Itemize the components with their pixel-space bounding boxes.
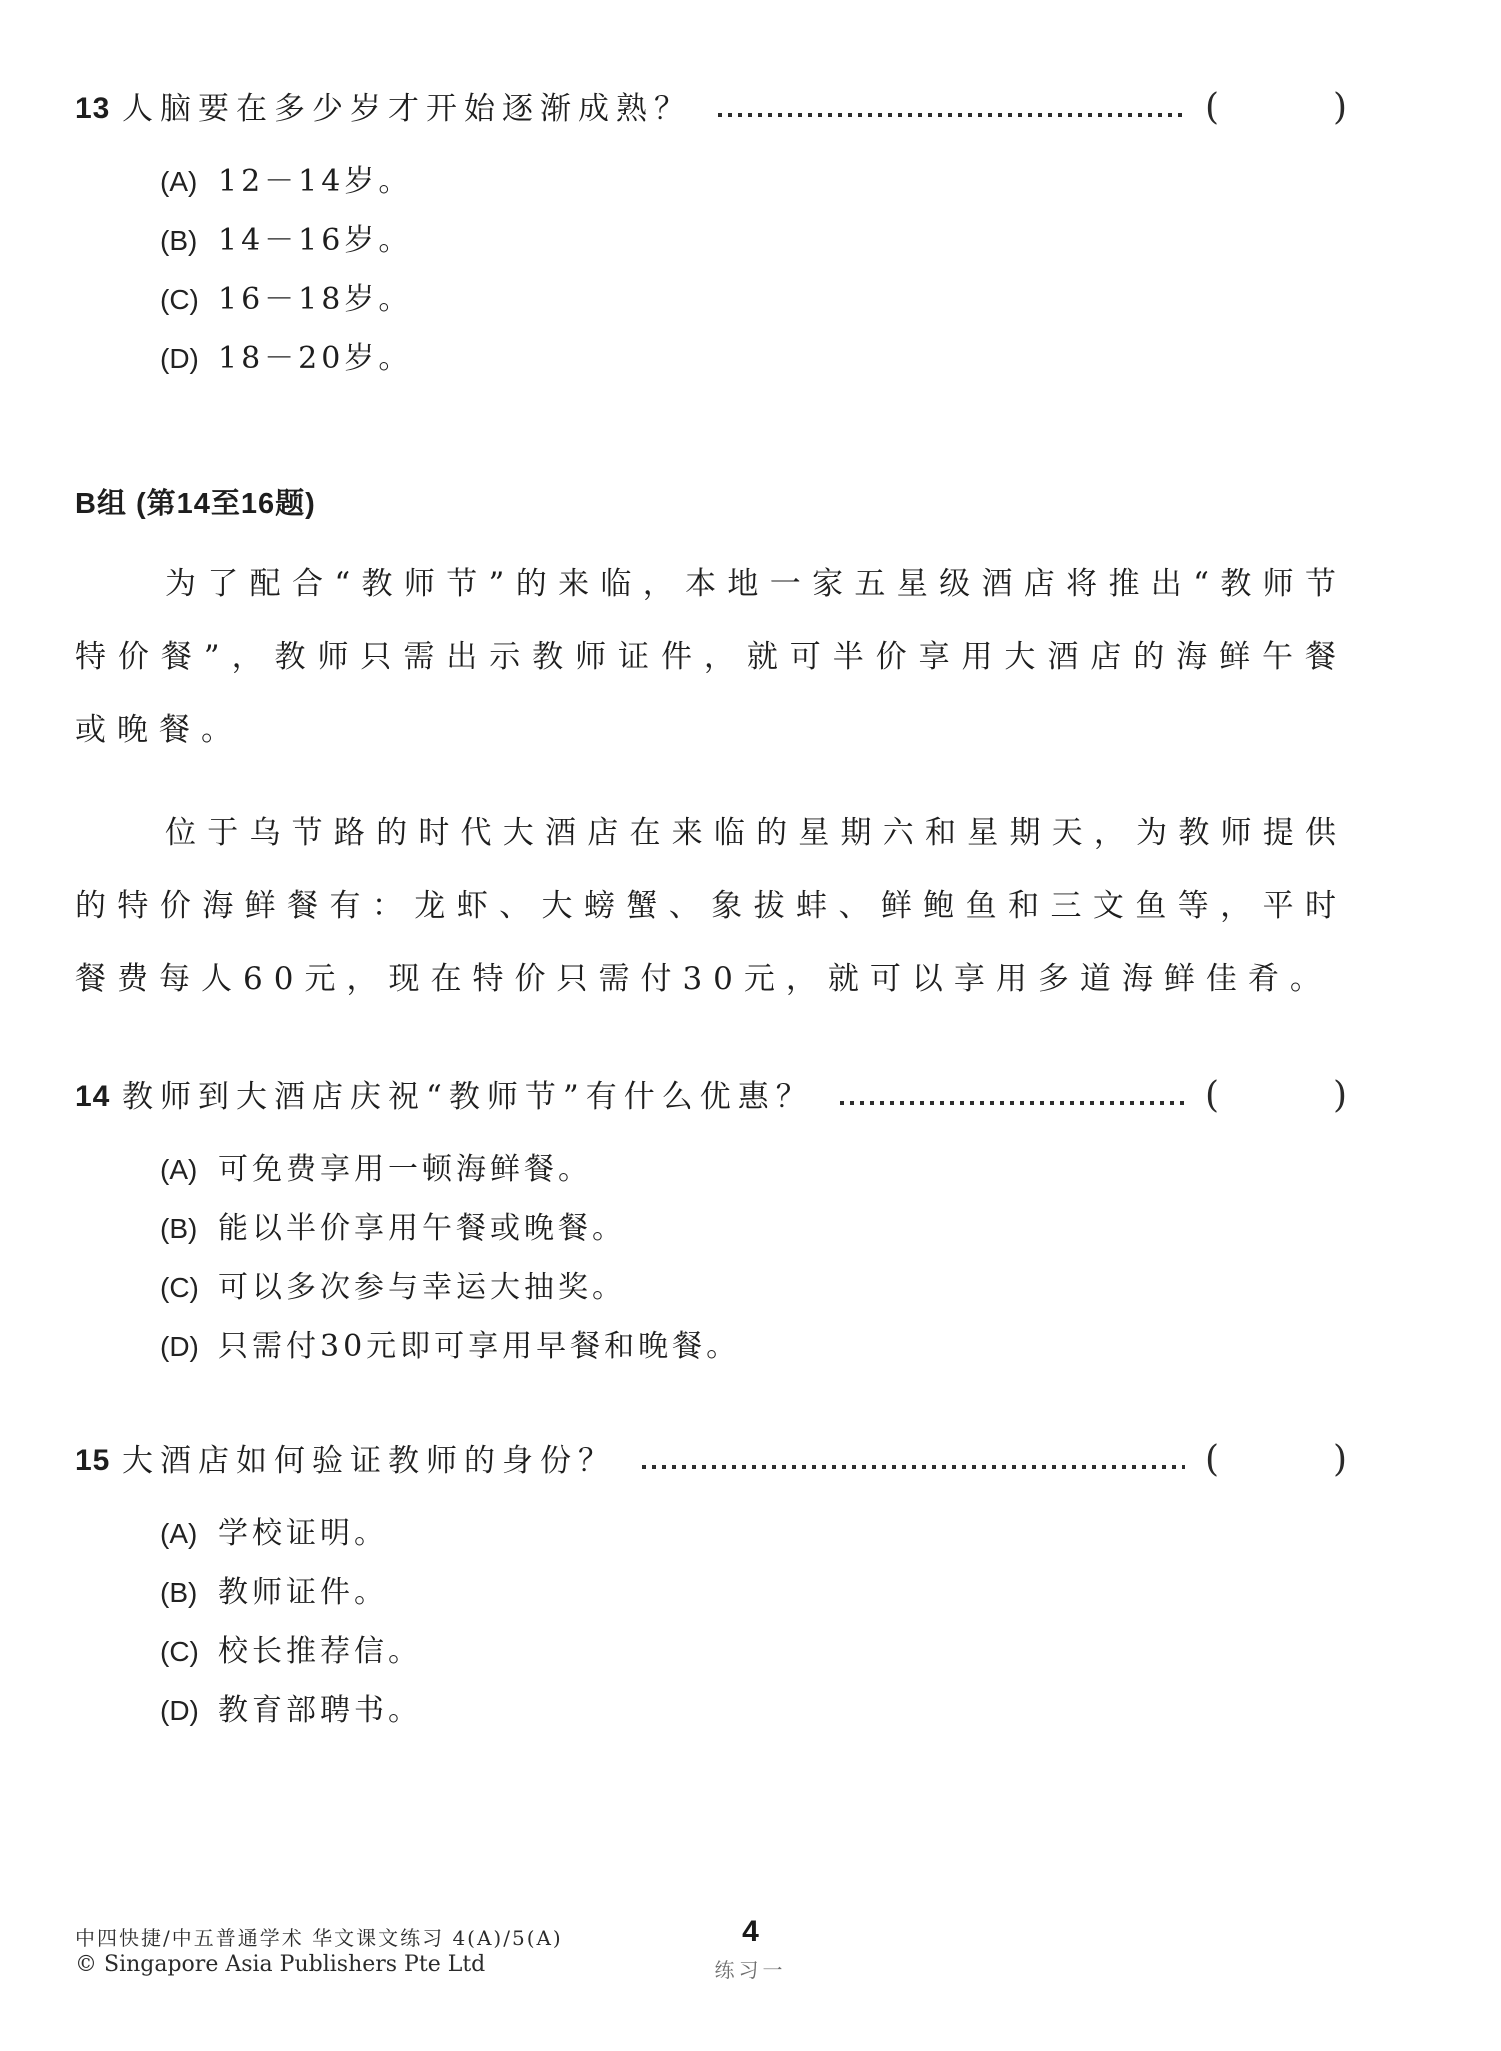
- passage-paragraph: 位于乌节路的时代大酒店在来临的星期六和星期天，为教师提供的特价海鲜餐有：龙虾、大…: [75, 797, 1347, 1016]
- question-13-row: 13 人脑要在多少岁才开始逐渐成熟？ ( ): [75, 86, 1347, 130]
- option-row: (D) 只需付30元即可享用早餐和晚餐。: [160, 1321, 1347, 1380]
- option-row: (C) 可以多次参与幸运大抽奖。: [160, 1262, 1347, 1321]
- option-text: 12－14岁。: [218, 156, 412, 200]
- question-13: 13 人脑要在多少岁才开始逐渐成熟？ ( ) (A) 12－14岁。 (B) 1…: [75, 86, 1347, 392]
- answer-brackets: ( ): [1205, 86, 1347, 130]
- page-content: 13 人脑要在多少岁才开始逐渐成熟？ ( ) (A) 12－14岁。 (B) 1…: [75, 86, 1347, 1744]
- exam-page: 13 人脑要在多少岁才开始逐渐成熟？ ( ) (A) 12－14岁。 (B) 1…: [0, 0, 1501, 2051]
- question-text: 人脑要在多少岁才开始逐渐成熟？: [122, 88, 692, 130]
- option-row: (B) 14－16岁。: [160, 215, 1347, 274]
- question-15-row: 15 大酒店如何验证教师的身份？ ( ): [75, 1438, 1347, 1482]
- option-label: (B): [160, 1577, 218, 1609]
- option-text: 可免费享用一顿海鲜餐。: [218, 1144, 592, 1188]
- answer-brackets: ( ): [1205, 1438, 1347, 1482]
- option-row: (D) 教育部聘书。: [160, 1685, 1347, 1744]
- question-13-options: (A) 12－14岁。 (B) 14－16岁。 (C) 16－18岁。 (D) …: [160, 156, 1347, 392]
- option-text: 教育部聘书。: [218, 1685, 422, 1729]
- close-paren: ): [1333, 86, 1347, 130]
- option-text: 18－20岁。: [218, 333, 412, 377]
- question-15-options: (A) 学校证明。 (B) 教师证件。 (C) 校长推荐信。 (D) 教育部聘书…: [160, 1508, 1347, 1744]
- option-row: (B) 教师证件。: [160, 1567, 1347, 1626]
- dotted-leader: [642, 1465, 1185, 1469]
- question-number: 14: [75, 1076, 122, 1118]
- option-label: (A): [160, 1518, 218, 1550]
- question-14-row: 14 教师到大酒店庆祝“教师节”有什么优惠？ ( ): [75, 1074, 1347, 1118]
- option-row: (B) 能以半价享用午餐或晚餐。: [160, 1203, 1347, 1262]
- option-text: 教师证件。: [218, 1567, 388, 1611]
- dotted-leader: [718, 113, 1185, 117]
- question-15: 15 大酒店如何验证教师的身份？ ( ) (A) 学校证明。 (B) 教师证件。: [75, 1438, 1347, 1744]
- close-paren: ): [1333, 1074, 1347, 1118]
- option-label: (D): [160, 343, 218, 375]
- option-text: 只需付30元即可享用早餐和晚餐。: [218, 1321, 740, 1365]
- question-number: 15: [75, 1440, 122, 1482]
- question-14-options: (A) 可免费享用一顿海鲜餐。 (B) 能以半价享用午餐或晚餐。 (C) 可以多…: [160, 1144, 1347, 1380]
- passage-paragraph: 为了配合“教师节”的来临，本地一家五星级酒店将推出“教师节特价餐”，教师只需出示…: [75, 548, 1347, 767]
- option-label: (C): [160, 1636, 218, 1668]
- option-label: (B): [160, 1213, 218, 1245]
- option-row: (D) 18－20岁。: [160, 333, 1347, 392]
- option-label: (A): [160, 166, 218, 198]
- close-paren: ): [1333, 1438, 1347, 1482]
- option-text: 14－16岁。: [218, 215, 412, 259]
- footer-page-block: 4 练习一: [0, 1916, 1501, 1983]
- option-text: 16－18岁。: [218, 274, 412, 318]
- option-row: (C) 校长推荐信。: [160, 1626, 1347, 1685]
- option-label: (B): [160, 225, 218, 257]
- passage: 为了配合“教师节”的来临，本地一家五星级酒店将推出“教师节特价餐”，教师只需出示…: [75, 548, 1347, 1016]
- option-text: 能以半价享用午餐或晚餐。: [218, 1203, 626, 1247]
- question-text: 大酒店如何验证教师的身份？: [122, 1440, 616, 1482]
- option-row: (A) 学校证明。: [160, 1508, 1347, 1567]
- option-label: (D): [160, 1695, 218, 1727]
- option-row: (A) 可免费享用一顿海鲜餐。: [160, 1144, 1347, 1203]
- open-paren: (: [1205, 1438, 1219, 1482]
- dotted-leader: [840, 1101, 1185, 1105]
- option-row: (C) 16－18岁。: [160, 274, 1347, 333]
- open-paren: (: [1205, 1074, 1219, 1118]
- option-label: (C): [160, 1272, 218, 1304]
- option-label: (A): [160, 1154, 218, 1186]
- exercise-label: 练习一: [0, 1954, 1501, 1983]
- option-label: (C): [160, 284, 218, 316]
- option-text: 校长推荐信。: [218, 1626, 422, 1670]
- answer-brackets: ( ): [1205, 1074, 1347, 1118]
- question-14: 14 教师到大酒店庆祝“教师节”有什么优惠？ ( ) (A) 可免费享用一顿海鲜…: [75, 1074, 1347, 1380]
- open-paren: (: [1205, 86, 1219, 130]
- section-b-heading: B组 (第14至16题): [75, 484, 1347, 524]
- option-label: (D): [160, 1331, 218, 1363]
- option-text: 学校证明。: [218, 1508, 388, 1552]
- question-number: 13: [75, 88, 122, 130]
- page-number: 4: [0, 1916, 1501, 1948]
- question-text: 教师到大酒店庆祝“教师节”有什么优惠？: [122, 1076, 814, 1118]
- option-row: (A) 12－14岁。: [160, 156, 1347, 215]
- option-text: 可以多次参与幸运大抽奖。: [218, 1262, 626, 1306]
